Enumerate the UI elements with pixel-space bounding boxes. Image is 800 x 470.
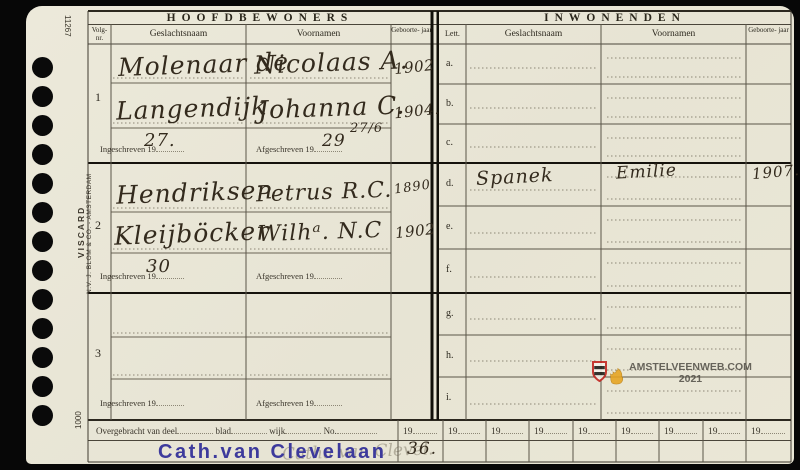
handwriting-afgeschreven-year: 29 — [322, 131, 346, 151]
afgeschreven-label: Afgeschreven 19 — [256, 397, 342, 408]
year-cell-label: 19 — [448, 427, 458, 437]
row-letter-d: d. — [446, 178, 454, 189]
handwriting-house-number: 36. — [407, 439, 437, 459]
column-header-volgnr: Volg- nr. — [88, 27, 111, 42]
column-header-voornamen-inw: Voornamen — [601, 29, 746, 39]
row-letter-c: c. — [446, 137, 453, 148]
column-header-geslachtsnaam-inw: Geslachtsnaam — [466, 29, 601, 39]
row-letter-h: h. — [446, 350, 454, 361]
volgnr-2: 2 — [95, 218, 101, 233]
dotted-blank — [337, 425, 377, 434]
ingeschreven-label: Ingeschreven 19 — [100, 397, 184, 408]
dotted-blank — [544, 425, 567, 434]
handwriting-afgeschreven-date: 27/6 — [350, 121, 383, 136]
watermark-year: 2021 — [629, 373, 752, 385]
row-letter-b: b. — [446, 98, 454, 109]
year-cell: 19 — [703, 425, 740, 437]
handwriting-ingeschreven-year: 27. — [144, 130, 176, 151]
handwriting-firstname: Johanna C. — [258, 90, 406, 124]
handwriting-firstname: Nicolaas A. — [254, 45, 409, 79]
dotted-blank — [588, 425, 610, 434]
handwriting-ingeschreven-year: 30 — [146, 256, 171, 277]
year-cell: 19 — [529, 425, 567, 437]
handwriting-surname-inw: Spanek — [475, 164, 554, 190]
year-cell: 19 — [486, 425, 523, 437]
dotted-blank — [631, 425, 653, 434]
afgeschreven-text: Afgeschreven 19 — [256, 398, 314, 408]
afgeschreven-label: Afgeschreven 19 — [256, 270, 342, 281]
column-header-geboortejaar: Geboorte- jaar — [391, 27, 432, 35]
year-cell-label: 19 — [708, 427, 718, 437]
volgnr-1: 1 — [95, 90, 101, 105]
watermark-text: AMSTELVEENWEB.COM 2021 — [629, 361, 752, 385]
year-cell: 19 — [746, 425, 785, 437]
column-header-geslachtsnaam: Geslachtsnaam — [111, 29, 246, 39]
afgeschreven-text: Afgeschreven 19 — [256, 271, 314, 281]
scanned-register-card-page: 11267 VISCARD N.V. J. BLOM & CO. - AMSTE… — [0, 0, 800, 470]
ingeschreven-label: Ingeschreven 19 — [100, 270, 184, 281]
row-letter-f: f. — [446, 264, 452, 275]
afgeschreven-text: Afgeschreven 19 — [256, 144, 314, 154]
dotted-blank — [501, 425, 523, 434]
section-title-inwonenden: INWONENDEN — [439, 12, 791, 24]
year-cell-label: 19 — [491, 427, 501, 437]
handwriting-firstname: Wilhᵃ. N.C — [258, 218, 383, 247]
street-name-stamp: Cath.van Clevelaan — [158, 441, 386, 464]
transfer-label-blad: blad — [216, 426, 232, 436]
year-cell: 19 — [573, 425, 610, 437]
dotted-blank — [413, 425, 437, 434]
year-cell-label: 19 — [621, 427, 631, 437]
column-header-geboortejaar-inw: Geboorte- jaar — [746, 27, 791, 35]
year-cell-label: 19 — [534, 427, 544, 437]
dotted-blank — [314, 270, 342, 279]
watermark-site: AMSTELVEENWEB.COM — [629, 361, 752, 373]
dotted-blank — [285, 425, 321, 434]
dotted-blank — [156, 397, 184, 406]
transfer-row-label: Overgebracht van deel blad wijk No. — [96, 425, 377, 436]
transfer-label-deel: Overgebracht van deel — [96, 426, 177, 436]
volgnr-3: 3 — [95, 346, 101, 361]
year-cell: 19 — [443, 425, 480, 437]
row-letter-g: g. — [446, 308, 454, 319]
handwriting-firstname-inw: Emilie — [616, 160, 678, 183]
handwriting-firstname: Petrus R.C. — [256, 178, 393, 208]
row-letter-e: e. — [446, 221, 453, 232]
year-cell-label: 19 — [403, 427, 413, 437]
row-letter-a: a. — [446, 58, 453, 69]
ingeschreven-text: Ingeschreven 19 — [100, 398, 156, 408]
handwriting-surname: Kleijböcker — [114, 216, 270, 250]
year-cell: 19 — [616, 425, 653, 437]
year-cell-label: 19 — [578, 427, 588, 437]
year-cell: 19 — [398, 425, 437, 437]
handwriting-surname: Hendriksen — [116, 175, 274, 209]
dotted-blank — [761, 425, 785, 434]
section-title-hoofdbewoners: HOOFDBEWONERS — [88, 12, 432, 24]
dotted-blank — [718, 425, 740, 434]
transfer-label-no: No. — [324, 426, 337, 436]
dotted-blank — [231, 425, 267, 434]
amstelveen-crest-icon — [592, 361, 626, 385]
card: 11267 VISCARD N.V. J. BLOM & CO. - AMSTE… — [26, 6, 794, 464]
year-cell-label: 19 — [664, 427, 674, 437]
dotted-blank — [177, 425, 213, 434]
column-header-voornamen: Voornamen — [246, 29, 391, 39]
year-cell: 19 — [659, 425, 697, 437]
watermark: AMSTELVEENWEB.COM 2021 — [592, 361, 752, 385]
column-header-lett: Lett. — [439, 29, 466, 38]
dotted-blank — [314, 397, 342, 406]
dotted-blank — [674, 425, 697, 434]
row-letter-i: i. — [446, 392, 451, 403]
year-cell-label: 19 — [751, 427, 761, 437]
dotted-blank — [458, 425, 480, 434]
transfer-label-wijk: wijk — [269, 426, 285, 436]
handwriting-surname: Langendijk — [116, 91, 268, 125]
